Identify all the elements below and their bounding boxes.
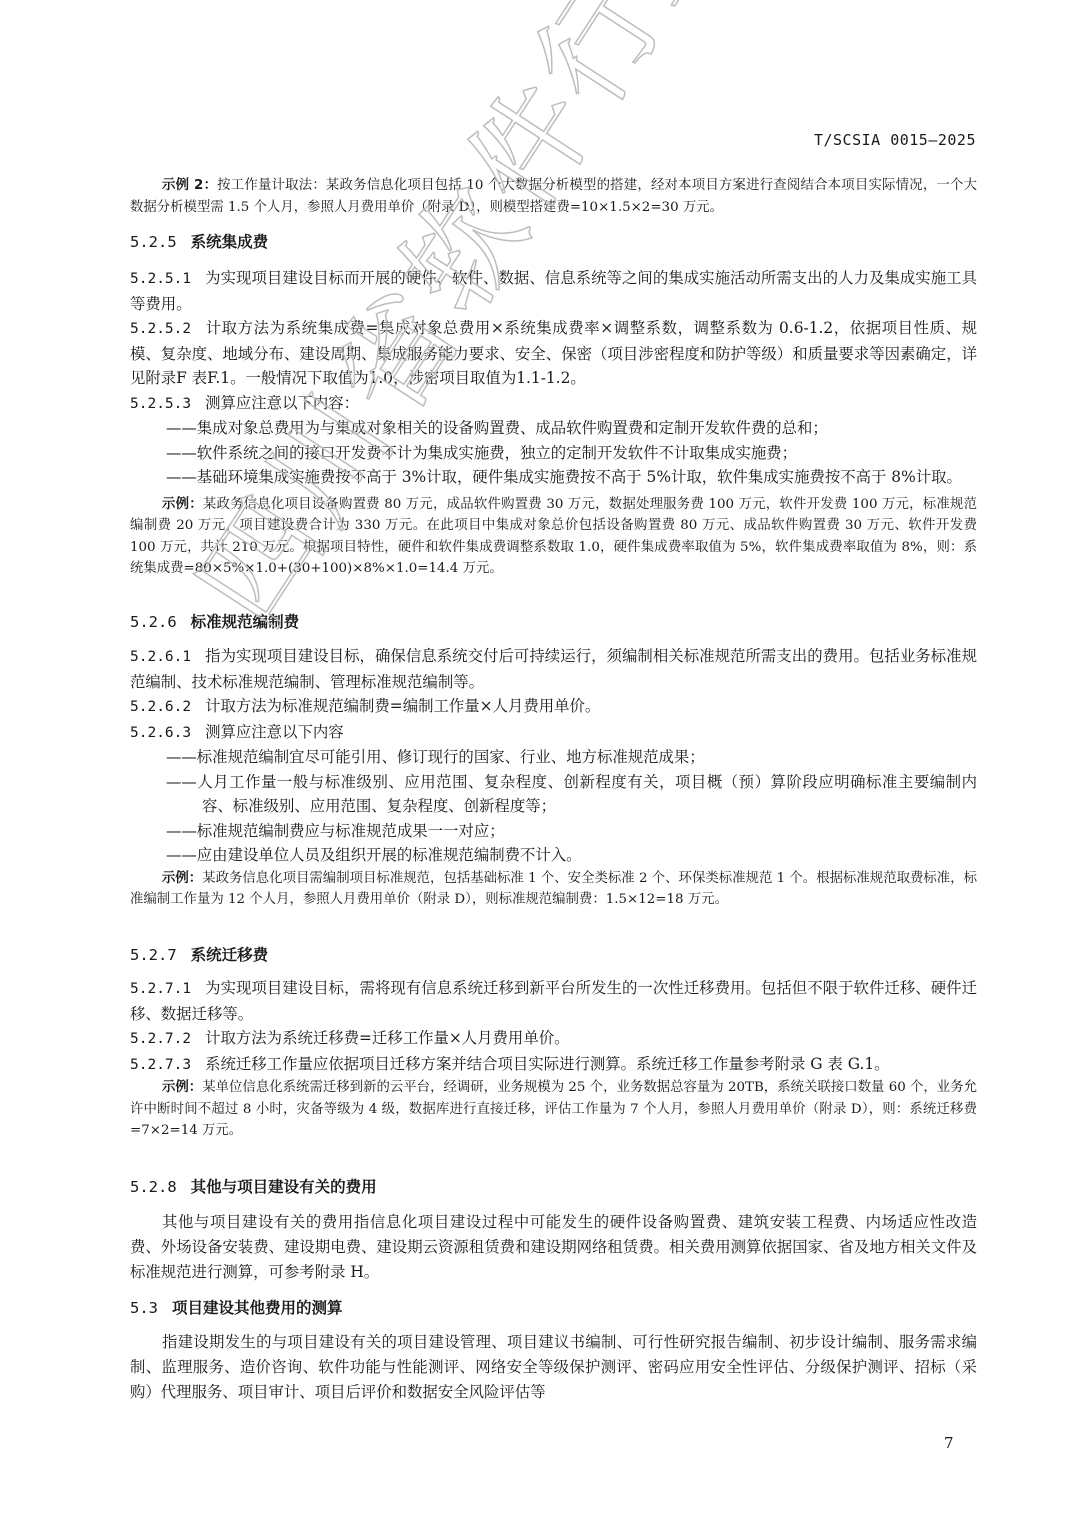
page-number: 7 bbox=[944, 1434, 954, 1452]
list-item: ——标准规范编制费应与标准规范成果一一对应； bbox=[166, 819, 977, 844]
list-item: ——软件系统之间的接口开发费不计为集成实施费，独立的定制开发软件不计取集成实施费… bbox=[166, 441, 977, 466]
standard-code: T/SCSIA 0015—2025 bbox=[814, 131, 976, 149]
heading-5-2-7: 5.2.7系统迁移费 bbox=[130, 943, 977, 965]
clause-5-2-7-2: 5.2.7.2计取方法为系统迁移费=迁移工作量×人月费用单价。 bbox=[130, 1026, 977, 1052]
paragraph-5-2-8: 其他与项目建设有关的费用指信息化项目建设过程中可能发生的硬件设备购置费、建筑安装… bbox=[130, 1210, 977, 1285]
clause-5-2-7-3: 5.2.7.3系统迁移工作量应依据项目迁移方案并结合项目实际进行测算。系统迁移工… bbox=[130, 1052, 977, 1078]
document-page: T/SCSIA 0015—2025 示例 2：按工作量计取法：某政务信息化项目包… bbox=[0, 0, 1080, 1528]
clause-5-2-5-2: 5.2.5.2计取方法为系统集成费=集成对象总费用×系统集成费率×调整系数，调整… bbox=[130, 316, 977, 391]
section-5-2-6: 5.2.6.1指为实现项目建设目标，确保信息系统交付后可持续运行，须编制相关标准… bbox=[130, 644, 977, 911]
clause-5-2-6-2: 5.2.6.2计取方法为标准规范编制费=编制工作量×人月费用单价。 bbox=[130, 694, 977, 720]
clause-5-2-7-1: 5.2.7.1为实现项目建设目标，需将现有信息系统迁移到新平台所发生的一次性迁移… bbox=[130, 976, 977, 1026]
clause-5-2-5-3: 5.2.5.3测算应注意以下内容： bbox=[130, 391, 977, 417]
clause-5-2-6-3: 5.2.6.3测算应注意以下内容 bbox=[130, 720, 977, 746]
list-item: ——集成对象总费用为与集成对象相关的设备购置费、成品软件购置费和定制开发软件费的… bbox=[166, 416, 977, 441]
example-5-2-6: 示例：某政务信息化项目需编制项目标准规范，包括基础标准 1 个、安全类标准 2 … bbox=[130, 868, 977, 911]
clause-5-2-6-1: 5.2.6.1指为实现项目建设目标，确保信息系统交付后可持续运行，须编制相关标准… bbox=[130, 644, 977, 694]
heading-5-2-8: 5.2.8其他与项目建设有关的费用 bbox=[130, 1175, 977, 1197]
section-5-2-5: 5.2.5.1为实现项目建设目标而开展的硬件、软件、数据、信息系统等之间的集成实… bbox=[130, 266, 977, 580]
list-item: ——应由建设单位人员及组织开展的标准规范编制费不计入。 bbox=[166, 843, 977, 868]
example-5-2-5: 示例：某政务信息化项目设备购置费 80 万元，成品软件购置费 30 万元，数据处… bbox=[130, 494, 977, 580]
paragraph-5-3: 指建设期发生的与项目建设有关的项目建设管理、项目建议书编制、可行性研究报告编制、… bbox=[130, 1330, 977, 1405]
example-2: 示例 2：按工作量计取法：某政务信息化项目包括 10 个大数据分析模型的搭建，经… bbox=[130, 175, 977, 218]
list-item: ——基础环境集成实施费按不高于 3%计取，硬件集成实施费按不高于 5%计取，软件… bbox=[166, 465, 977, 490]
heading-5-2-5: 5.2.5系统集成费 bbox=[130, 230, 977, 252]
example-5-2-7: 示例：某单位信息化系统需迁移到新的云平台，经调研，业务规模为 25 个，业务数据… bbox=[130, 1077, 977, 1142]
heading-5-2-6: 5.2.6标准规范编制费 bbox=[130, 610, 977, 632]
clause-5-2-5-1: 5.2.5.1为实现项目建设目标而开展的硬件、软件、数据、信息系统等之间的集成实… bbox=[130, 266, 977, 316]
section-5-2-7: 5.2.7.1为实现项目建设目标，需将现有信息系统迁移到新平台所发生的一次性迁移… bbox=[130, 976, 977, 1142]
list-item: ——标准规范编制宜尽可能引用、修订现行的国家、行业、地方标准规范成果； bbox=[166, 745, 977, 770]
heading-5-3: 5.3项目建设其他费用的测算 bbox=[130, 1296, 977, 1318]
list-item: ——人月工作量一般与标准级别、应用范围、复杂程度、创新程度有关，项目概（预）算阶… bbox=[166, 770, 977, 819]
